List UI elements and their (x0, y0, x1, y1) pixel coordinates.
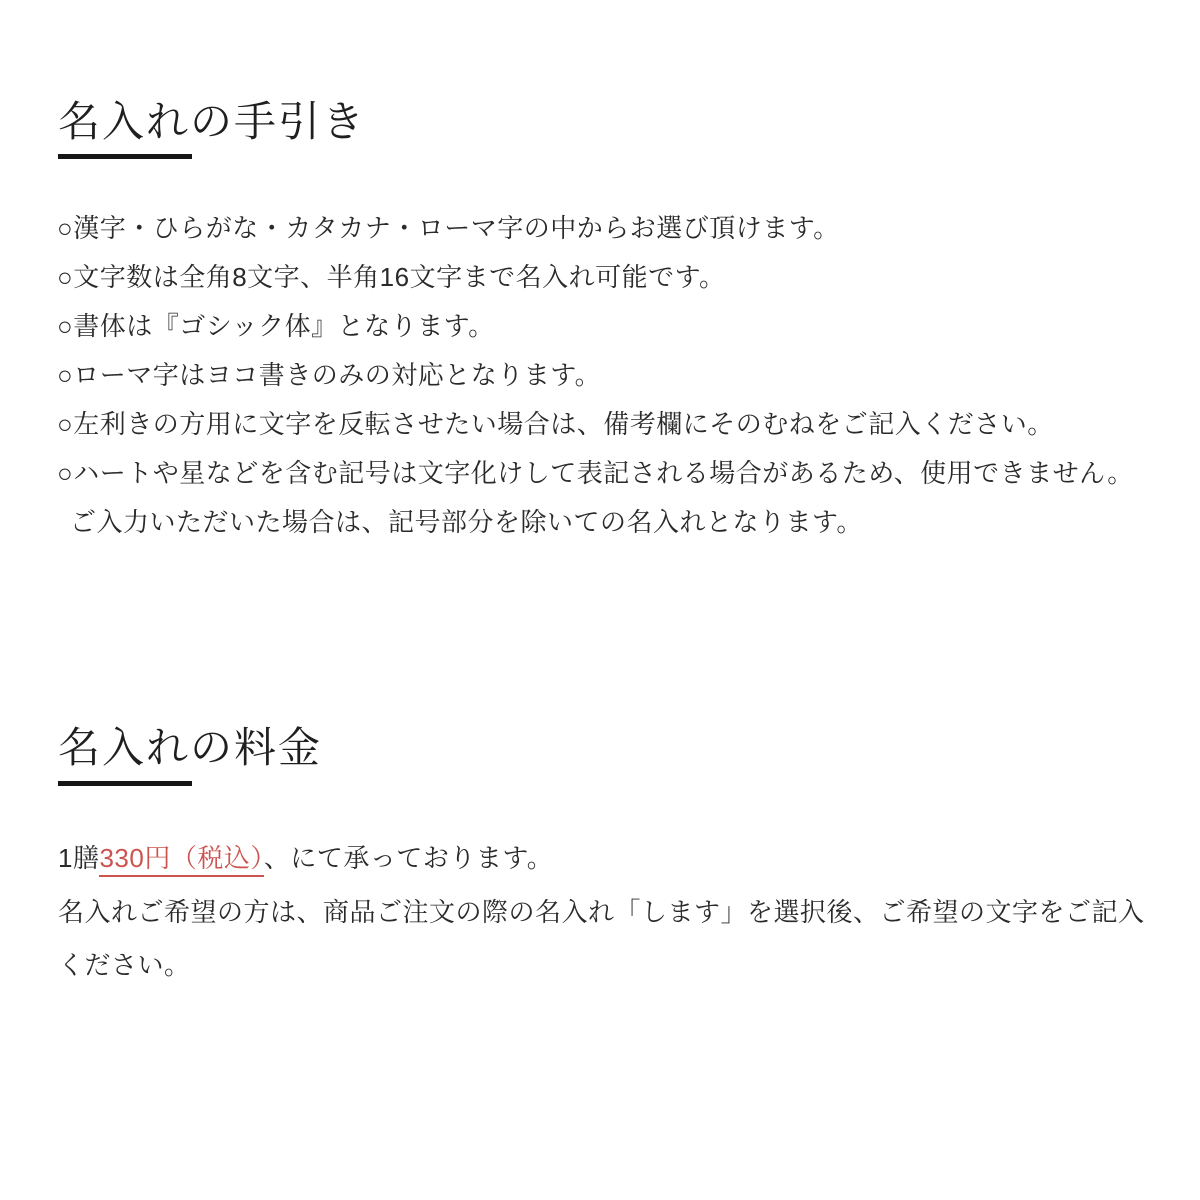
guide-title-underline (58, 154, 192, 159)
guide-bullet-typeface: ○書体は『ゴシック体』となります。 (57, 302, 1134, 351)
price-section-title: 名入れの料金 (58, 726, 322, 770)
guide-bullet-list: ○漢字・ひらがな・カタカナ・ローマ字の中からお選び頂けます。 ○文字数は全角8文… (57, 204, 1134, 547)
guide-bullet-horizontal-only: ○ローマ字はヨコ書きのみの対応となります。 (57, 351, 1134, 400)
guide-bullet-char-limit: ○文字数は全角8文字、半角16文字まで名入れ可能です。 (57, 253, 1134, 302)
price-line: 1膳330円（税込）、にて承っております。 (58, 843, 553, 873)
guide-bullet-symbols: ○ハートや星などを含む記号は文字化けして表記される場合があるため、使用できません… (57, 449, 1134, 498)
guide-section-title: 名入れの手引き (58, 100, 366, 144)
price-highlight: 330円（税込） (99, 843, 263, 877)
price-title-underline (58, 781, 192, 786)
guide-bullet-scripts: ○漢字・ひらがな・カタカナ・ローマ字の中からお選び頂けます。 (57, 204, 1134, 253)
guide-bullet-symbols-continuation: ご入力いただいた場合は、記号部分を除いての名入れとなります。 (57, 498, 1134, 547)
price-suffix: 、にて承っております。 (264, 843, 553, 873)
guide-bullet-left-handed: ○左利きの方用に文字を反転させたい場合は、備考欄にそのむねをご記入ください。 (57, 400, 1134, 449)
price-note: 名入れご希望の方は、商品ご注文の際の名入れ「します」を選択後、ご希望の文字をご記… (58, 886, 1148, 992)
price-prefix: 1膳 (58, 843, 99, 873)
